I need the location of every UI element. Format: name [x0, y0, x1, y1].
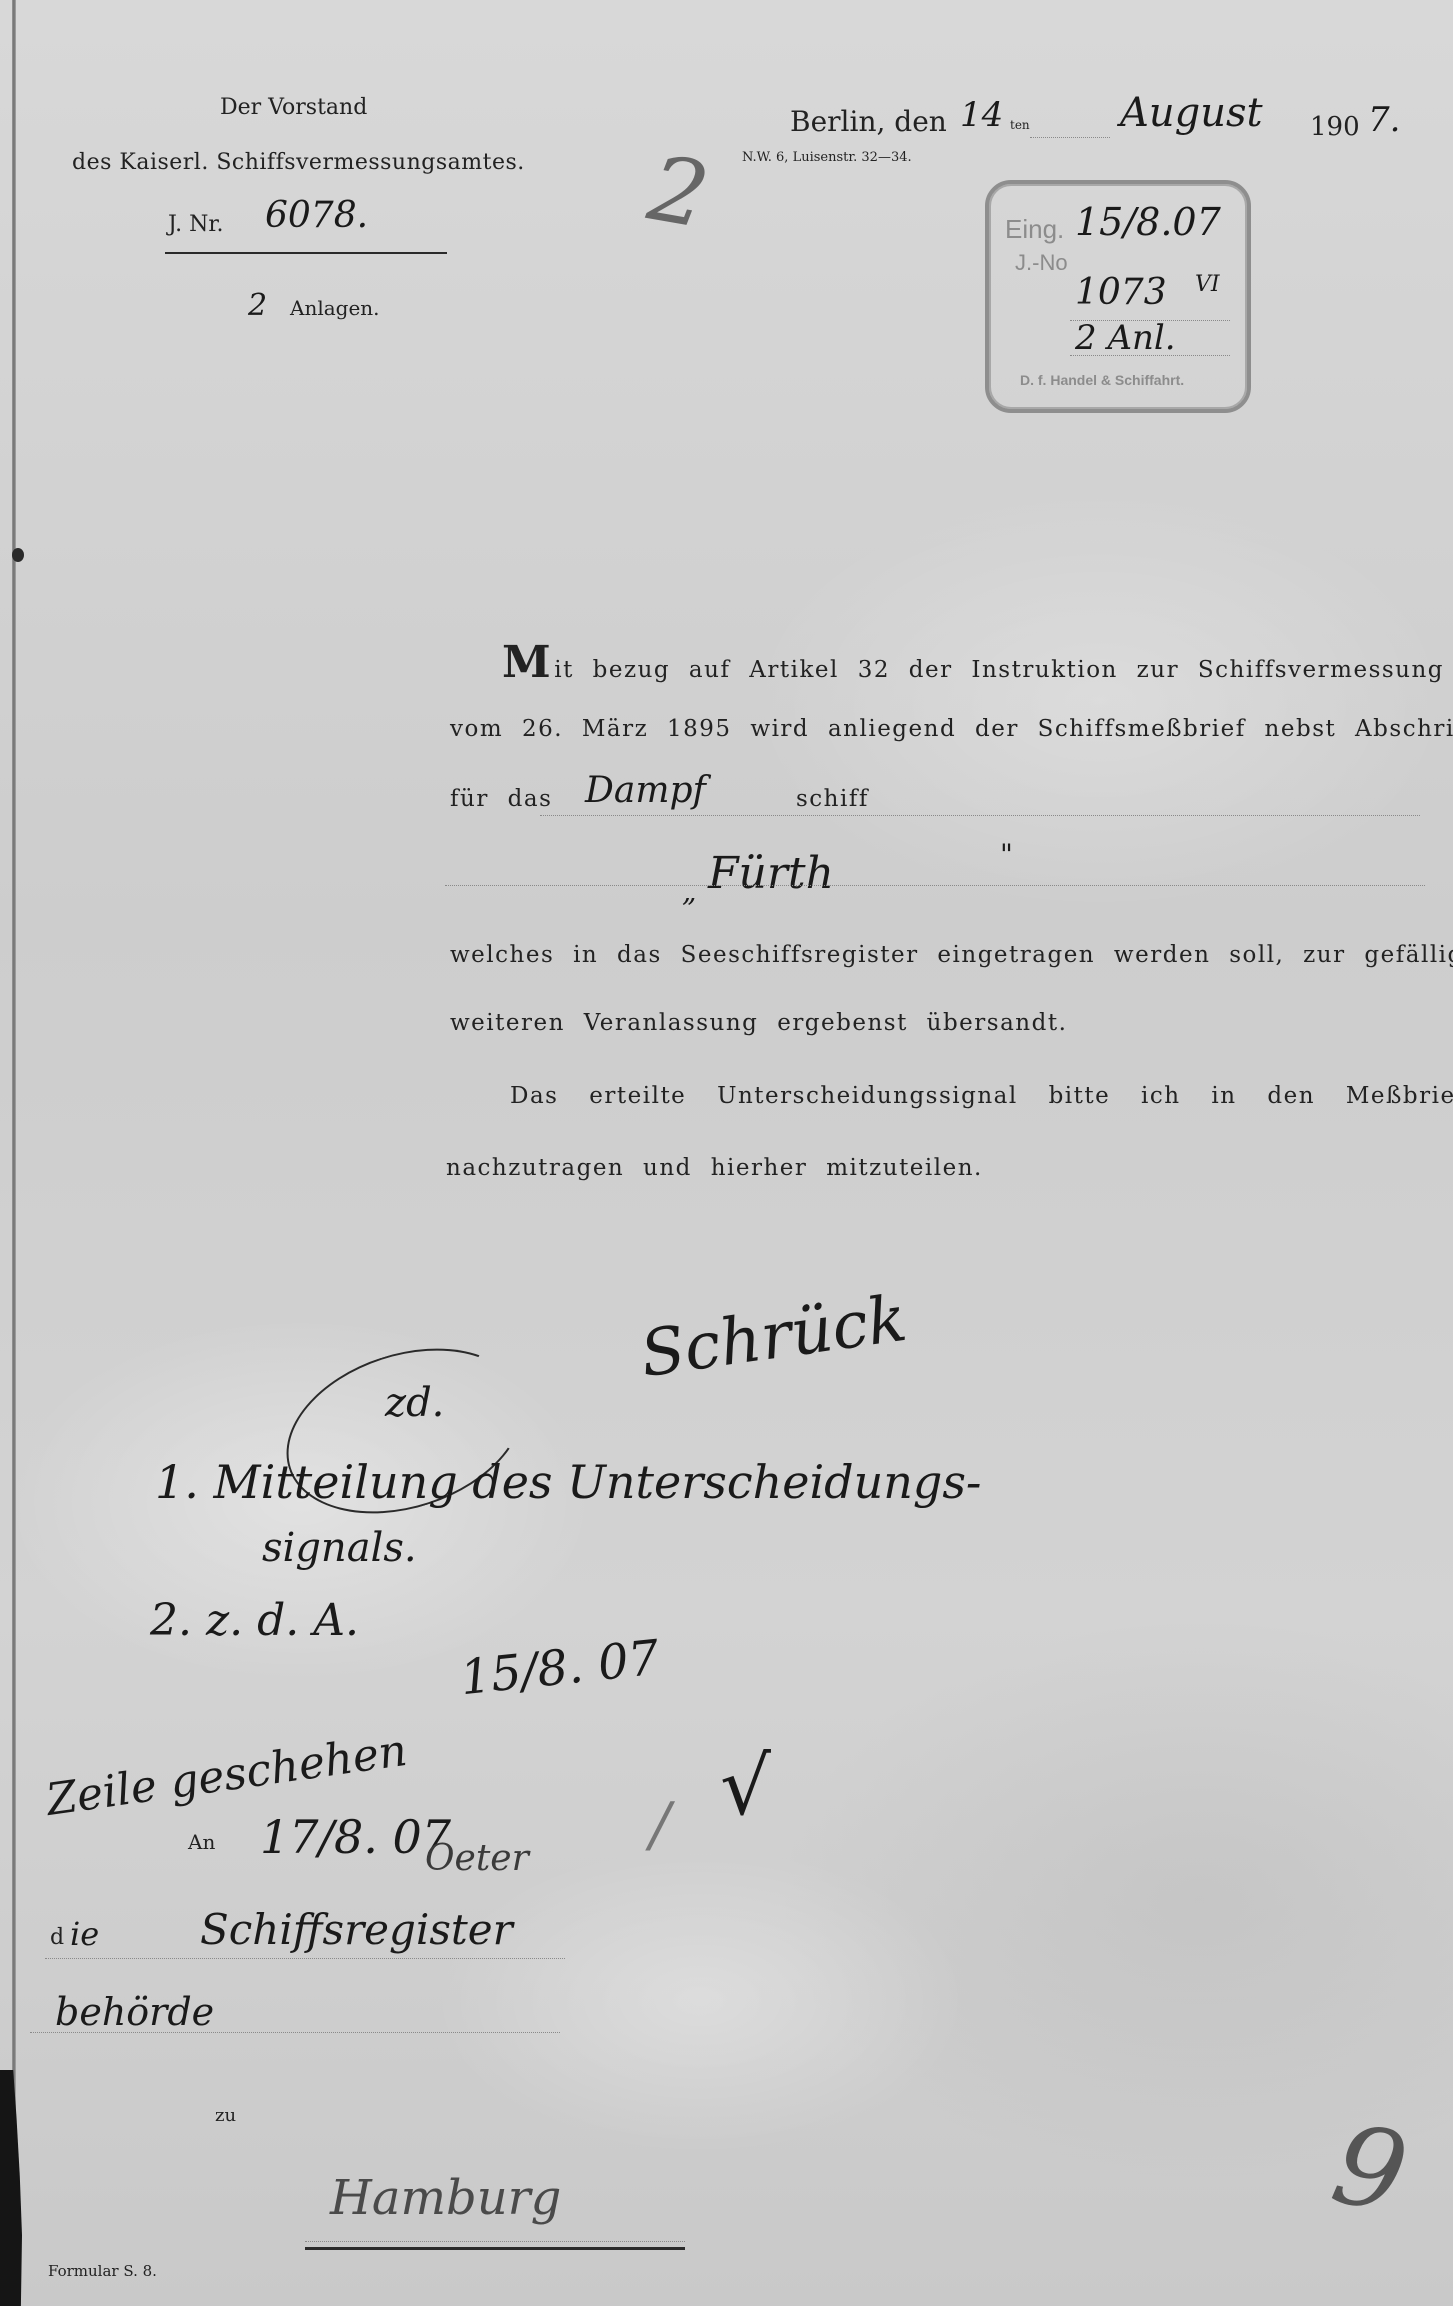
addressee-line-1: Schiffsregister	[200, 1905, 513, 1954]
body-line-7: nachzutragen und hierher mitzuteilen.	[446, 1155, 983, 1181]
dateline-day-suffix: ten	[1010, 118, 1030, 132]
body-dropcap: M	[502, 637, 552, 688]
dispatch-an-label: An	[188, 1830, 215, 1854]
journal-number-value: 6078.	[265, 195, 368, 236]
note-item-1: 1. Mitteilung des Unterscheidungs-	[155, 1455, 981, 1509]
stamp-received-date: 15/8.07	[1075, 200, 1221, 244]
stamp-journal-suffix: VI	[1195, 272, 1220, 297]
stamp-dots-2	[1070, 355, 1230, 356]
dateline-place: Berlin, den	[790, 105, 947, 138]
dispatch-extra: Oeter	[425, 1838, 529, 1879]
addressee-die-handwritten: ie	[70, 1915, 99, 1953]
authority-line-2: des Kaiserl. Schiffsvermessungsamtes.	[72, 150, 525, 175]
ship-name-open-quote: „	[682, 875, 697, 908]
stamp-journal-label: J.-No	[1015, 250, 1068, 276]
addressee-dotted-line-1	[45, 1958, 565, 1959]
dateline-month: August	[1120, 90, 1263, 136]
dateline-dots	[1030, 137, 1110, 138]
authority-line-1: Der Vorstand	[220, 95, 367, 120]
check-mark-icon: /	[650, 1790, 670, 1860]
ship-type: Dampf	[585, 770, 706, 811]
circled-mark: zd.	[385, 1380, 444, 1426]
dispatch-date: 17/8. 07	[260, 1810, 451, 1864]
ship-type-dotted-line	[540, 815, 1420, 816]
ink-blot	[12, 548, 24, 562]
city-dotted-line	[305, 2241, 685, 2242]
addressee-city: Hamburg	[330, 2170, 561, 2226]
note-item-1-continued: signals.	[262, 1525, 417, 1571]
journal-number-label: J. Nr.	[168, 212, 223, 237]
body-line-5: weiteren Veranlassung ergebenst übersand…	[450, 1010, 1067, 1036]
body-line-6: Das erteilte Unterscheidungssignal bitte…	[510, 1083, 1453, 1109]
ship-name-close-quote: "	[1000, 838, 1013, 871]
check-mark-icon: √	[720, 1740, 771, 1833]
body-line-3-suffix: schiff	[796, 786, 869, 812]
journal-number-underline	[165, 252, 447, 254]
addressee-line-2: behörde	[55, 1990, 214, 2034]
attachments-label: Anlagen.	[290, 296, 380, 320]
stamp-journal-number: 1073	[1075, 272, 1167, 313]
ship-name: Fürth	[708, 848, 834, 899]
addressee-dotted-line-2	[30, 2032, 560, 2033]
dateline-day: 14	[960, 95, 1003, 135]
body-line-1-text: it bezug auf Artikel 32 der Instruktion …	[554, 657, 1444, 683]
note-item-2: 2. z. d. A.	[150, 1595, 359, 1646]
city-underline	[305, 2247, 685, 2250]
body-line-2: vom 26. März 1895 wird anliegend der Sch…	[450, 716, 1453, 742]
binding-edge	[12, 0, 16, 2306]
addressee-zu-label: zu	[215, 2105, 236, 2126]
body-line-4: welches in das Seeschiffsregister einget…	[450, 942, 1453, 968]
ship-name-dotted-line	[445, 885, 1425, 886]
sender-address: N.W. 6, Luisenstr. 32—34.	[742, 150, 912, 165]
attachments-count: 2	[248, 288, 267, 323]
form-number: Formular S. 8.	[48, 2262, 157, 2280]
addressee-die-printed: d	[50, 1925, 64, 1950]
stamp-attachments: 2 Anl.	[1075, 318, 1176, 358]
body-line-1: Mit bezug auf Artikel 32 der Instruktion…	[502, 637, 1444, 688]
dateline-year-printed: 190	[1310, 112, 1360, 142]
stamp-footer: D. f. Handel & Schiffahrt.	[1020, 372, 1184, 388]
body-line-3-prefix: für das	[450, 786, 552, 812]
stamp-received-label: Eing.	[1005, 214, 1064, 245]
dateline-year-handwritten: 7.	[1368, 100, 1400, 140]
